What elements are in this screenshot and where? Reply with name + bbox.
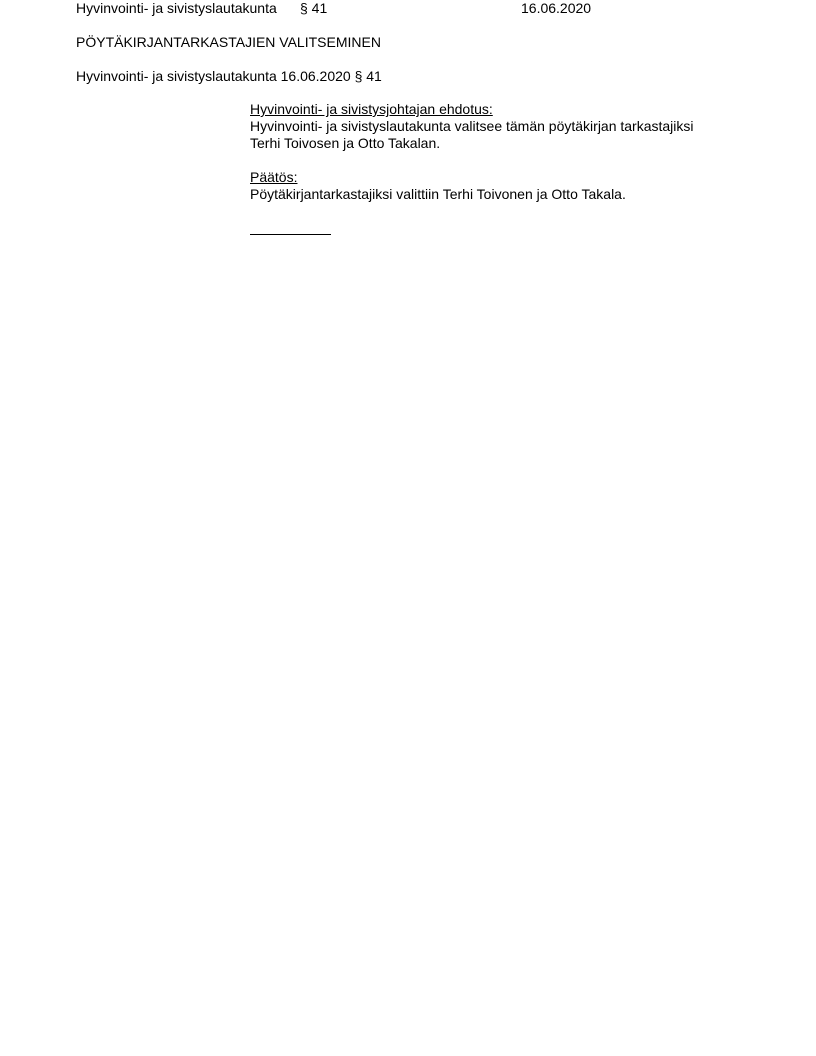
proposal-heading: Hyvinvointi- ja sivistysjohtajan ehdotus… <box>250 101 493 118</box>
header-date: 16.06.2020 <box>521 0 591 17</box>
header-section: § 41 <box>300 0 327 17</box>
closing-rule <box>250 234 331 235</box>
page-title: PÖYTÄKIRJANTARKASTAJIEN VALITSEMINEN <box>76 34 381 51</box>
reference-line: Hyvinvointi- ja sivistyslautakunta 16.06… <box>76 68 382 85</box>
header-committee: Hyvinvointi- ja sivistyslautakunta <box>76 0 277 17</box>
proposal-line-1: Hyvinvointi- ja sivistyslautakunta valit… <box>250 118 694 135</box>
proposal-line-2: Terhi Toivosen ja Otto Takalan. <box>250 135 440 152</box>
decision-text: Pöytäkirjantarkastajiksi valittiin Terhi… <box>250 186 626 203</box>
decision-heading: Päätös: <box>250 169 297 186</box>
